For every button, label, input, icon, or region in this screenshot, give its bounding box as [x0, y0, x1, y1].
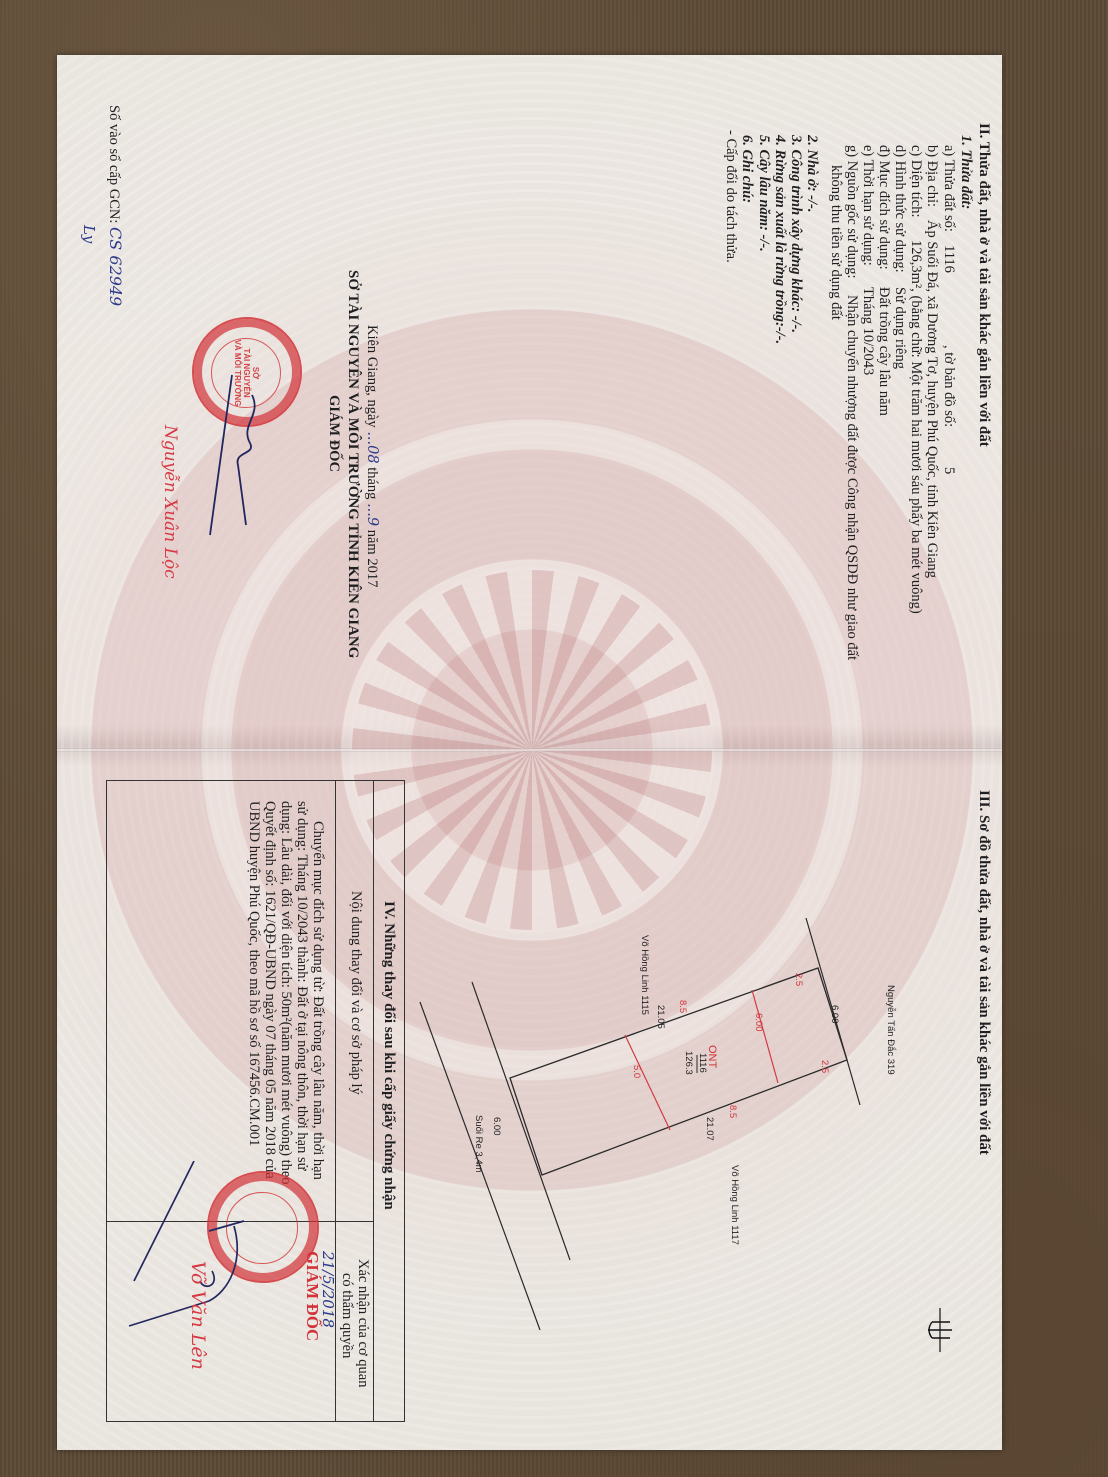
changes-table: IV. Những thay đổi sau khi cấp giấy chứn… — [106, 780, 405, 1422]
red-dim-4: 2.5 — [816, 1060, 832, 1073]
section-iv-heading: IV. Những thay đổi sau khi cấp giấy chứn… — [381, 901, 397, 1210]
west-neighbor-label: Võ Hồng Linh 1115 — [636, 935, 652, 1015]
entry-line: Quyết định số: 1621/QĐ-UBND ngày 07 thán… — [262, 801, 278, 1179]
col-confirm-header-1: Xác nhận của cơ quan — [355, 1259, 371, 1387]
road-label: Suối Re 3,4m — [470, 1115, 486, 1173]
north-neighbor-label: Nguyễn Tấn Đắc 319 — [882, 985, 898, 1075]
west-neighbor-parcel: 1115 — [639, 995, 650, 1015]
col-confirm-header-2: có thẩm quyền — [339, 1273, 355, 1358]
dim-back: 6.00 — [488, 1117, 504, 1136]
confirm-date: 21/5/2018 — [320, 1251, 336, 1328]
red-dim-3: 2.5 — [790, 973, 806, 986]
entry-line: UBND huyện Phú Quốc, theo mã hồ sơ số 16… — [246, 801, 262, 1146]
north-arrow-icon — [928, 1308, 952, 1352]
entry-line: dụng: Lâu dài, đối với diện tích: 50m²(n… — [278, 801, 294, 1185]
certificate-paper: II. Thửa đất, nhà ở và tài sản khác gắn … — [57, 55, 1002, 1450]
red-dim-6: 8.5 — [724, 1105, 740, 1118]
east-neighbor-label: Võ Hồng Linh 1117 — [726, 1165, 742, 1245]
dim-side-b: 21.07 — [701, 1117, 717, 1141]
red-dim-1: 6.00 — [750, 1013, 766, 1032]
table-divider — [373, 781, 374, 1421]
confirm-name: Võ Văn Lên — [190, 1261, 206, 1370]
col-content-header: Nội dung thay đổi và cơ sở pháp lý — [348, 891, 364, 1095]
north-neighbor-parcel: 319 — [885, 1059, 896, 1075]
entry-line: Chuyển mục đích sử dụng từ: Đất trồng câ… — [310, 821, 326, 1180]
west-neighbor-name: Võ Hồng Linh — [639, 935, 650, 993]
dim-side-a: 21.05 — [652, 1005, 668, 1029]
dim-front: 6.00 — [826, 1005, 842, 1024]
east-neighbor-name: Võ Hồng Linh — [729, 1165, 740, 1223]
parcel-map-number: 1116 — [694, 1053, 710, 1073]
parcel-map-area: 126.3 — [680, 1051, 696, 1075]
north-neighbor-name: Nguyễn Tấn Đắc — [885, 985, 896, 1056]
red-dim-2: 5.0 — [628, 1065, 644, 1078]
entry-line: sử dụng: Tháng 10/2043 thành: Đất ở tại … — [294, 801, 310, 1171]
confirm-title: GIÁM ĐỐC — [304, 1251, 320, 1341]
land-use-certificate-spread: II. Thửa đất, nhà ở và tài sản khác gắn … — [57, 55, 1002, 1450]
red-dim-5: 8.5 — [674, 1000, 690, 1013]
east-neighbor-parcel: 1117 — [729, 1225, 740, 1245]
